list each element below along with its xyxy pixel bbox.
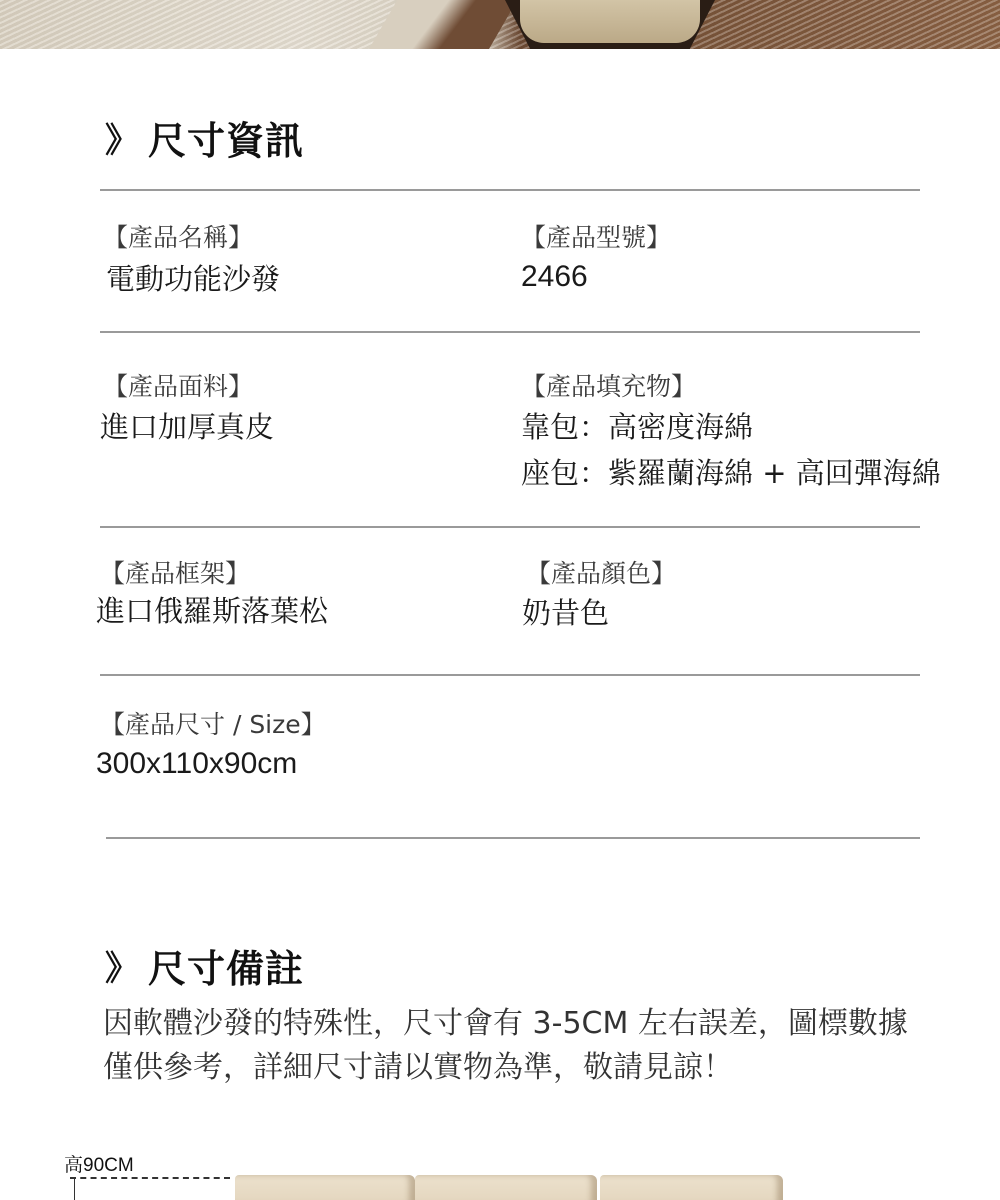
field-value-model: 2466: [521, 254, 588, 300]
field-label-fabric: 【產品面料】: [103, 367, 253, 403]
height-dimension-dashed-line: [70, 1177, 230, 1179]
double-chevron-icon: 》: [105, 941, 140, 990]
field-value-frame: 進口俄羅斯落葉松: [96, 588, 328, 634]
field-value-filling-seat: 座包：紫羅蘭海綿 + 高回彈海綿: [521, 450, 941, 496]
field-value-size: 300x110x90cm: [96, 741, 297, 787]
field-value-color: 奶昔色: [522, 590, 609, 636]
height-dimension-vertical-line: [74, 1177, 75, 1200]
field-value-filling-back: 靠包：高密度海綿: [521, 404, 753, 450]
section-title-text: 尺寸備註: [148, 938, 304, 993]
field-value-product-name: 電動功能沙發: [106, 256, 280, 302]
field-label-frame: 【產品框架】: [100, 554, 250, 590]
height-dimension-label: 高90CM: [64, 1150, 134, 1177]
product-photo-top: [0, 0, 1000, 49]
field-label-model: 【產品型號】: [521, 218, 671, 254]
field-label-color: 【產品顏色】: [526, 554, 676, 590]
section-title-text: 尺寸資訊: [148, 110, 304, 165]
divider: [100, 189, 920, 191]
field-label-filling: 【產品填充物】: [521, 367, 696, 403]
divider: [100, 526, 920, 528]
divider: [100, 674, 920, 676]
double-chevron-icon: 》: [105, 113, 140, 162]
section-title-size-note: 》 尺寸備註: [105, 938, 304, 993]
divider: [106, 837, 920, 839]
field-label-size: 【產品尺寸 / Size】: [100, 705, 326, 741]
field-value-fabric: 進口加厚真皮: [100, 404, 274, 450]
sofa-back-cushion: [600, 1175, 783, 1200]
section-title-size-info: 》 尺寸資訊: [105, 110, 304, 165]
sofa-base-graphic: [520, 0, 700, 43]
size-note-text: 因軟體沙發的特殊性，尺寸會有 3-5CM 左右誤差，圖標數據僅供參考，詳細尺寸請…: [103, 1002, 933, 1090]
field-label-product-name: 【產品名稱】: [103, 218, 253, 254]
rug-graphic: [351, 0, 529, 49]
divider: [100, 331, 920, 333]
sofa-back-cushion: [235, 1175, 415, 1200]
sofa-back-cushion: [415, 1175, 597, 1200]
